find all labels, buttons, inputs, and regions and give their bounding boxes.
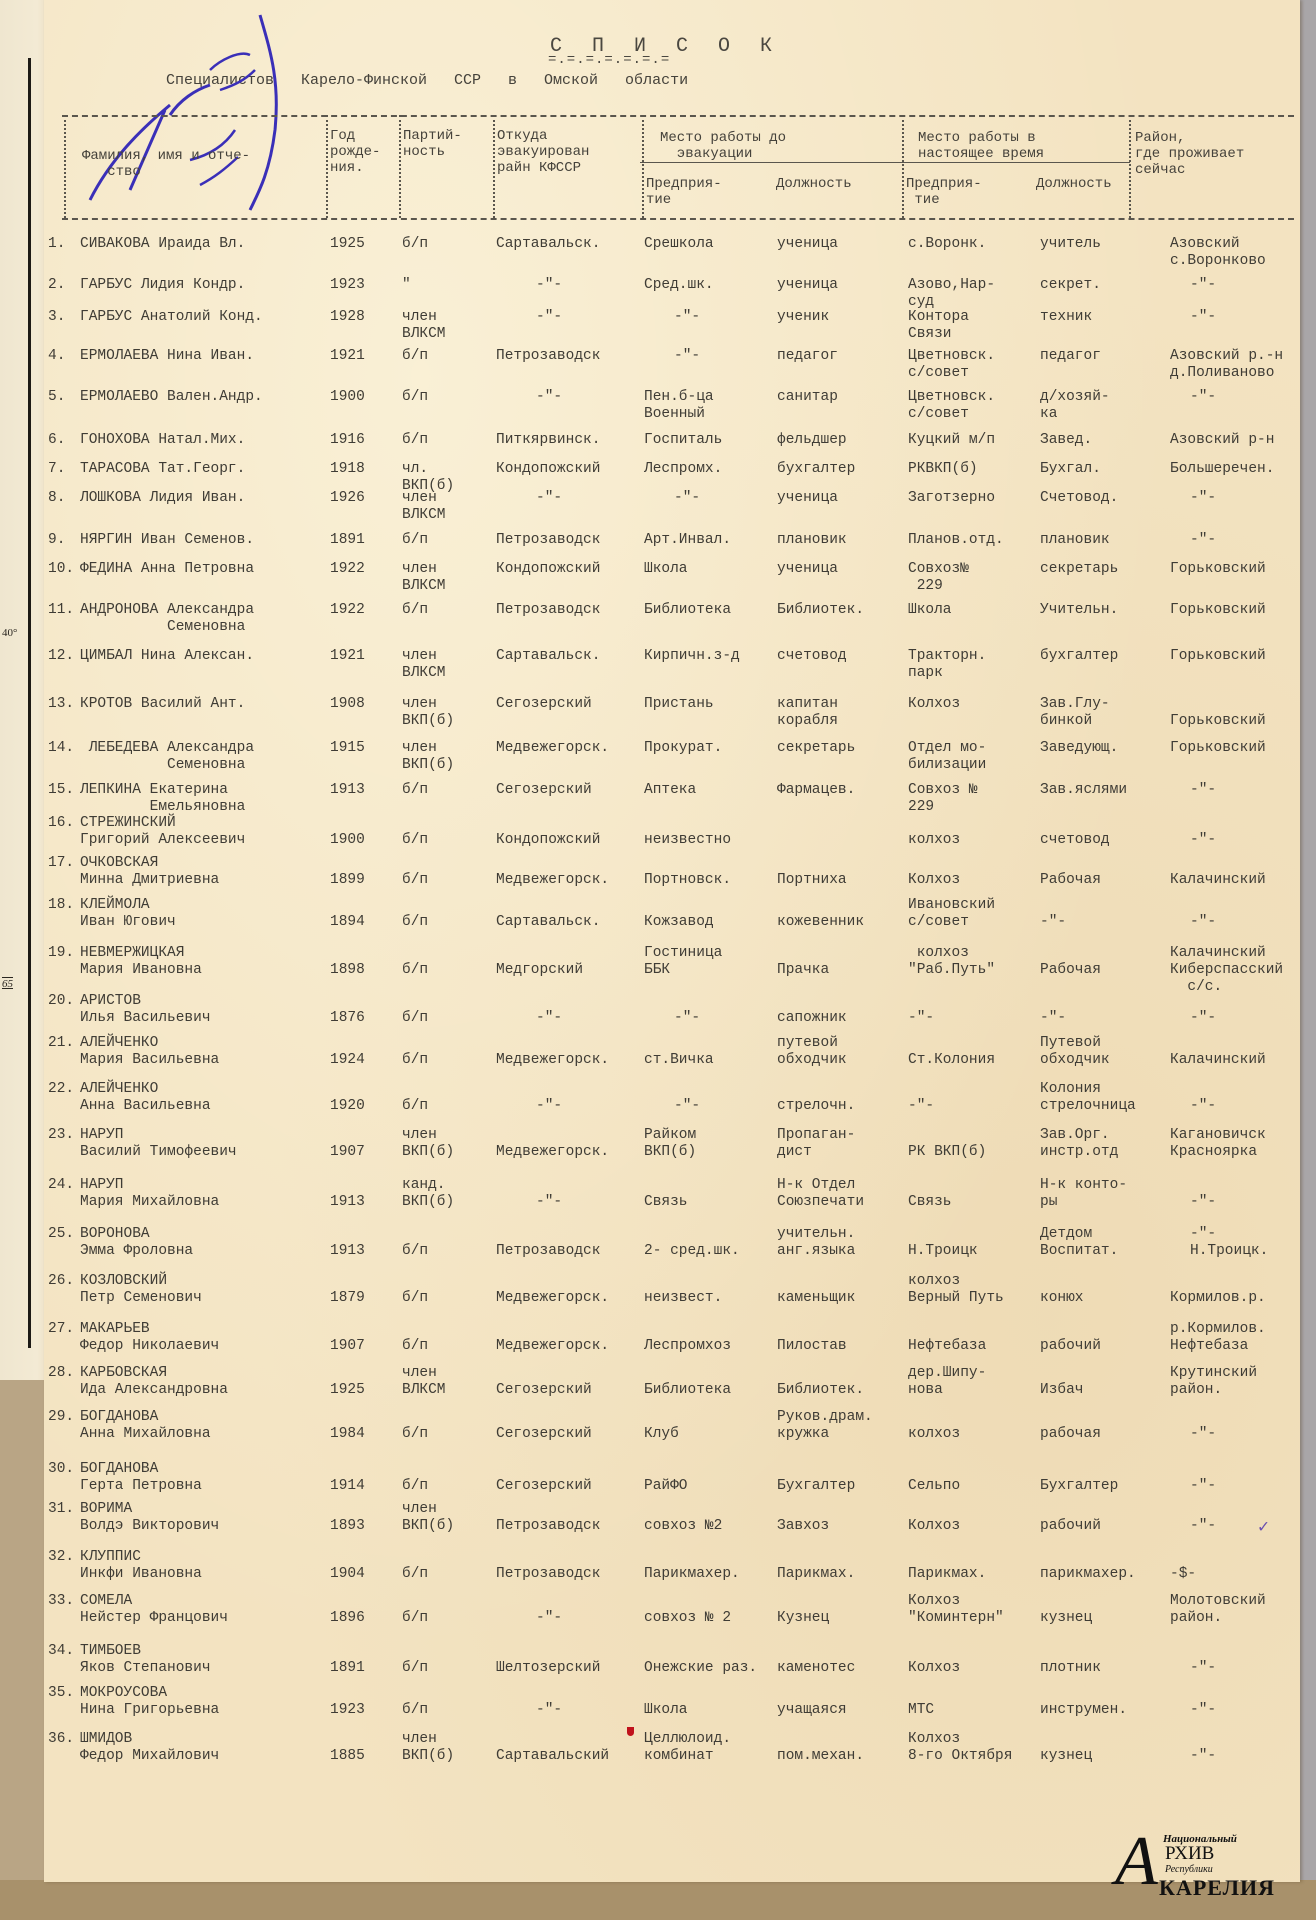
prev-position: Пилостав [777,1338,847,1355]
evacuated-from: Петрозаводск [496,348,600,365]
birth-year: 1913 [330,1194,365,1211]
current-enterprise: Тракторн. парк [908,648,986,682]
district: -"- [1190,1010,1216,1027]
row-number: 2. [48,277,65,294]
district: -"- [1190,1426,1216,1443]
district: -"- [1190,490,1216,507]
current-enterprise: РК ВКП(б) [908,1144,986,1161]
current-enterprise: Цветновск. с/совет [908,389,995,423]
row-number: 31. [48,1501,74,1518]
birth-year: 1907 [330,1338,365,1355]
person-name: ТИМБОЕВ Яков Степанович [80,1643,211,1677]
current-position: кузнец [1040,1610,1092,1627]
current-enterprise: Ивановский с/совет [908,897,995,931]
birth-year: 1921 [330,648,365,665]
prev-enterprise: Целлюлоид. комбинат [644,1731,731,1765]
birth-year: 1904 [330,1566,365,1583]
header-work-before: Место работы до эвакуации [660,130,786,162]
prev-position: Библиотек. [777,602,864,619]
evacuated-from: Сартавальск. [496,236,600,253]
birth-year: 1916 [330,432,365,449]
district: Молотовский район. [1170,1593,1266,1627]
party-membership: б/п [402,1426,428,1443]
prev-position: Н-к Отдел Союзпечати [777,1177,864,1211]
prev-enterprise: Связь [644,1194,688,1211]
district: Кормилов.р. [1170,1290,1266,1307]
evacuated-from: Медвежегорск. [496,1290,609,1307]
evacuated-from: -"- [536,1702,562,1719]
person-name: ЛЕПКИНА Екатерина Емельяновна [80,782,245,816]
evacuated-from: Сартавальский [496,1748,609,1765]
prev-enterprise: Райком ВКП(б) [644,1127,696,1161]
person-name: АЛЕЙЧЕНКО Мария Васильевна [80,1035,219,1069]
current-enterprise: Куцкий м/п [908,432,995,449]
header-top-rule [62,115,1294,117]
current-position: бухгалтер [1040,648,1118,665]
prev-position: капитан корабля [777,696,838,730]
prev-enterprise: Школа [644,561,688,578]
person-name: ГАРБУС Лидия Кондр. [80,277,245,294]
header-bottom-rule [62,218,1294,220]
prev-enterprise: Кожзавод [644,914,714,931]
prev-enterprise: Срешкола [644,236,714,253]
prev-enterprise: РайФО [644,1478,688,1495]
evacuated-from: -"- [536,389,562,406]
prev-enterprise: совхоз № 2 [644,1610,731,1627]
header-party: Партий- ность [403,128,462,160]
prev-position: Фармацев. [777,782,855,799]
evacuated-from: Медгорский [496,962,583,979]
current-position: педагог [1040,348,1101,365]
evacuated-from: -"- [536,309,562,326]
evacuated-from: Кондопожский [496,561,600,578]
prev-position: Прачка [777,962,829,979]
party-membership: член ВКП(б) [402,1127,454,1161]
current-position: рабочая [1040,1426,1101,1443]
current-position: секретарь [1040,561,1118,578]
district: -"- [1190,914,1216,931]
row-number: 5. [48,389,65,406]
person-name: ШМИДОВ Федор Михайлович [80,1731,219,1765]
birth-year: 1926 [330,490,365,507]
prev-position: каменотес [777,1660,855,1677]
prev-enterprise: -"- [674,1010,700,1027]
margin-mark: 65 [2,978,13,990]
logo-line: РХИВ [1165,1843,1214,1865]
prev-position: кожевенник [777,914,864,931]
current-enterprise: РКВКП(б) [908,461,978,478]
prev-enterprise: -"- [674,1098,700,1115]
current-enterprise: Заготзерно [908,490,995,507]
row-number: 18. [48,897,74,914]
header-evacuated-from: Откуда эвакуирован райн КФССР [497,128,589,176]
birth-year: 1891 [330,1660,365,1677]
person-name: ТАРАСОВА Тат.Георг. [80,461,245,478]
birth-year: 1921 [330,348,365,365]
prev-position: ученица [777,277,838,294]
birth-year: 1920 [330,1098,365,1115]
prev-position: ученица [777,236,838,253]
evacuated-from: Петрозаводск [496,1518,600,1535]
header-district: Район, где проживает сейчас [1135,130,1244,178]
evacuated-from: Сегозерский [496,696,592,713]
row-number: 21. [48,1035,74,1052]
district: -"- [1190,1478,1216,1495]
prev-enterprise: Госпиталь [644,432,722,449]
current-position: Учительн. [1040,602,1118,619]
person-name: СИВАКОВА Ираида Вл. [80,236,245,253]
party-membership: б/п [402,1338,428,1355]
prev-enterprise: Гостиница ББК [644,945,722,979]
person-name: СОМЕЛА Нейстер Францович [80,1593,228,1627]
current-position: Завед. [1040,432,1092,449]
person-name: КАРБОВСКАЯ Ида Александровна [80,1365,228,1399]
header-name: Фамилия, имя и отче- ство [82,148,250,180]
current-position: Рабочая [1040,962,1101,979]
row-number: 19. [48,945,74,962]
prev-enterprise: Прокурат. [644,740,722,757]
column-divider [399,115,401,218]
current-position: Зав.Глу- бинкой [1040,696,1110,730]
district: -"- [1190,277,1216,294]
title-decoration: =.=.=.=.=.=.= [548,52,670,68]
district: -$- [1170,1566,1196,1583]
header-work-now: Место работы в настоящее время [918,130,1044,162]
party-membership: б/п [402,962,428,979]
row-number: 29. [48,1409,74,1426]
row-number: 8. [48,490,65,507]
current-position: д/хозяй- ка [1040,389,1110,423]
party-membership: б/п [402,782,428,799]
row-number: 35. [48,1685,74,1702]
prev-position: путевой обходчик [777,1035,847,1069]
person-name: ВОРОНОВА Эмма Фроловна [80,1226,193,1260]
current-enterprise: Отдел мо- билизации [908,740,986,774]
prev-position: ученик [777,309,829,326]
row-number: 28. [48,1365,74,1382]
column-divider [493,115,495,218]
current-position: парикмахер. [1040,1566,1136,1583]
row-number: 3. [48,309,65,326]
prev-position: каменьщик [777,1290,855,1307]
current-position: плотник [1040,1660,1101,1677]
row-number: 10. [48,561,74,578]
current-position: конюх [1040,1290,1084,1307]
evacuated-from: -"- [536,1098,562,1115]
current-position: Зав.Орг. инстр.отд [1040,1127,1118,1161]
row-number: 24. [48,1177,74,1194]
current-enterprise: колхоз "Раб.Путь" [908,945,995,979]
party-membership: б/п [402,1010,428,1027]
row-number: 25. [48,1226,74,1243]
evacuated-from: Сегозерский [496,1426,592,1443]
row-number: 36. [48,1731,74,1748]
current-position: секрет. [1040,277,1101,294]
prev-enterprise: Пристань [644,696,714,713]
evacuated-from: Петрозаводск [496,532,600,549]
district: -"- [1190,1194,1216,1211]
header-work-before-position: Должность [776,176,852,192]
current-position: инструмен. [1040,1702,1127,1719]
red-ink-mark [627,1727,634,1736]
evacuated-from: Сегозерский [496,1382,592,1399]
current-position: счетовод [1040,832,1110,849]
prev-enterprise: Парикмахер. [644,1566,740,1583]
evacuated-from: -"- [536,1610,562,1627]
evacuated-from: Сартавальск. [496,914,600,931]
district: -"- [1190,1098,1216,1115]
row-number: 9. [48,532,65,549]
column-divider [1129,115,1131,218]
column-divider [642,115,644,218]
prev-enterprise: 2- сред.шк. [644,1243,740,1260]
column-divider [326,115,328,218]
current-enterprise: Планов.отд. [908,532,1004,549]
birth-year: 1900 [330,389,365,406]
row-number: 27. [48,1321,74,1338]
prev-enterprise: Библиотека [644,602,731,619]
birth-year: 1876 [330,1010,365,1027]
district: -"- [1190,389,1216,406]
logo-letter: А [1115,1827,1158,1897]
evacuated-from: -"- [536,490,562,507]
party-membership: член ВКП(б) [402,696,454,730]
person-name: НАРУП Мария Михайловна [80,1177,219,1211]
current-enterprise: Н.Троицк [908,1243,978,1260]
prev-enterprise: Школа [644,1702,688,1719]
birth-year: 1915 [330,740,365,757]
row-number: 16. [48,815,74,832]
person-name: НЯРГИН Иван Семенов. [80,532,254,549]
evacuated-from: -"- [536,277,562,294]
current-enterprise: Колхоз [908,1518,960,1535]
person-name: ФЕДИНА Анна Петровна [80,561,254,578]
prev-enterprise: -"- [674,348,700,365]
party-membership: б/п [402,1610,428,1627]
prev-position: учащаяся [777,1702,847,1719]
person-name: КЛЕЙМОЛА Иван Югович [80,897,176,931]
party-membership: б/п [402,389,428,406]
party-membership: канд. ВКП(б) [402,1177,454,1211]
person-name: ОЧКОВСКАЯ Минна Дмитриевна [80,855,219,889]
party-membership: член ВКП(б) [402,1501,454,1535]
party-membership: б/п [402,1702,428,1719]
evacuated-from: Петрозаводск [496,1243,600,1260]
prev-position: Завхоз [777,1518,829,1535]
person-name: ГАРБУС Анатолий Конд. [80,309,263,326]
district: Калачинский Киберспасский с/с. [1170,945,1283,996]
prev-position: сапожник [777,1010,847,1027]
current-enterprise: Колхоз [908,696,960,713]
party-membership: б/п [402,1660,428,1677]
current-position: Колония стрелочница [1040,1081,1136,1115]
person-name: АРИСТОВ Илья Васильевич [80,993,211,1027]
evacuated-from: -"- [536,1194,562,1211]
evacuated-from: Медвежегорск. [496,1338,609,1355]
current-enterprise: Колхоз 8-го Октября [908,1731,1012,1765]
party-membership: б/п [402,832,428,849]
evacuated-from: Кондопожский [496,461,600,478]
party-membership: б/п [402,432,428,449]
person-name: ЛОШКОВА Лидия Иван. [80,490,245,507]
current-position: Зав.яслями [1040,782,1127,799]
row-number: 14. [48,740,74,757]
birth-year: 1984 [330,1426,365,1443]
prev-position: Парикмах. [777,1566,855,1583]
current-enterprise: МТС [908,1702,934,1719]
evacuated-from: Петрозаводск [496,1566,600,1583]
birth-year: 1922 [330,602,365,619]
prev-position: Кузнец [777,1610,829,1627]
current-enterprise: Нефтебаза [908,1338,986,1355]
row-number: 13. [48,696,74,713]
district: -"- Н.Троицк. [1190,1226,1268,1260]
evacuated-from: Медвежегорск. [496,740,609,757]
birth-year: 1894 [330,914,365,931]
prev-enterprise: Сред.шк. [644,277,714,294]
district: -"- [1190,782,1216,799]
party-membership: б/п [402,602,428,619]
prev-position: ученица [777,561,838,578]
row-number: 26. [48,1273,74,1290]
current-position: -"- [1040,1010,1066,1027]
district: Крутинский район. [1170,1365,1257,1399]
district: -"- [1190,1748,1216,1765]
header-birth-year: Год рожде- ния. [330,128,380,176]
prev-position: бухгалтер [777,461,855,478]
prev-position: Пропаган- дист [777,1127,855,1161]
current-position: плановик [1040,532,1110,549]
current-position: Бухгалтер [1040,1478,1118,1495]
person-name: ВОРИМА Волдэ Викторович [80,1501,219,1535]
current-enterprise: колхоз Верный Путь [908,1273,1004,1307]
current-enterprise: Цветновск. с/совет [908,348,995,382]
party-membership: б/п [402,1098,428,1115]
birth-year: 1925 [330,236,365,253]
birth-year: 1928 [330,309,365,326]
prev-enterprise: совхоз №2 [644,1518,722,1535]
current-enterprise: Колхоз [908,1660,960,1677]
prev-enterprise: Онежские раз. [644,1660,757,1677]
current-position: учитель [1040,236,1101,253]
district: Горьковский [1170,648,1266,665]
check-mark-icon: ✓ [1258,1516,1269,1538]
prev-position: Бухгалтер [777,1478,855,1495]
district: Азовский р-н [1170,432,1274,449]
prev-enterprise: Библиотека [644,1382,731,1399]
party-membership: член ВЛКСМ [402,309,446,343]
birth-year: 1923 [330,277,365,294]
district: -"- [1190,1702,1216,1719]
current-enterprise: Парикмах. [908,1566,986,1583]
party-membership: б/п [402,348,428,365]
evacuated-from: Петрозаводск [496,602,600,619]
header-work-before-enterprise: Предприя- тие [646,176,722,208]
prev-position: санитар [777,389,838,406]
prev-position: счетовод [777,648,847,665]
row-number: 17. [48,855,74,872]
party-membership: " [402,277,411,294]
prev-position: Руков.драм. кружка [777,1409,873,1443]
evacuated-from: Медвежегорск. [496,1052,609,1069]
party-membership: б/п [402,1566,428,1583]
district: -"- [1190,1518,1216,1535]
prev-enterprise: Леспромх. [644,461,722,478]
current-enterprise: Азово,Нар- суд [908,277,995,311]
person-name: АЛЕЙЧЕНКО Анна Васильевна [80,1081,211,1115]
birth-year: 1885 [330,1748,365,1765]
current-enterprise: Совхоз№ 229 [908,561,969,595]
birth-year: 1900 [330,832,365,849]
current-position: рабочий [1040,1338,1101,1355]
district: Калачинский [1170,1052,1266,1069]
current-position: техник [1040,309,1092,326]
current-position: Заведующ. [1040,740,1118,757]
prev-position: пом.механ. [777,1748,864,1765]
person-name: СТРЕЖИНСКИЙ Григорий Алексеевич [80,815,245,849]
prev-enterprise: Аптека [644,782,696,799]
row-number: 6. [48,432,65,449]
person-name: КОЗЛОВСКИЙ Петр Семенович [80,1273,202,1307]
column-divider [64,115,66,218]
current-position: Н-к конто- ры [1040,1177,1127,1211]
evacuated-from: Сегозерский [496,782,592,799]
logo-line: Республики [1165,1864,1213,1875]
column-divider [902,115,904,218]
person-name: ЛЕБЕДЕВА Александра Семеновна [80,740,254,774]
birth-year: 1893 [330,1518,365,1535]
district: Горьковский [1170,602,1266,619]
row-number: 11. [48,602,74,619]
row-number: 32. [48,1549,74,1566]
prev-position: фельдшер [777,432,847,449]
birth-year: 1913 [330,782,365,799]
district: -"- [1190,1660,1216,1677]
prev-enterprise: неизвест. [644,1290,722,1307]
evacuated-from: Сегозерский [496,1478,592,1495]
prev-enterprise: Пен.б-ца Военный [644,389,714,423]
evacuated-from: Кондопожский [496,832,600,849]
row-number: 12. [48,648,74,665]
party-membership: член ВЛКСМ [402,648,446,682]
party-membership: член ВЛКСМ [402,490,446,524]
person-name: МАКАРЬЕВ Федор Николаевич [80,1321,219,1355]
district: р.Кормилов. Нефтебаза [1170,1321,1266,1355]
prev-position: ученица [777,490,838,507]
evacuated-from: Медвежегорск. [496,1144,609,1161]
current-enterprise: Сельпо [908,1478,960,1495]
birth-year: 1907 [330,1144,365,1161]
party-membership: б/п [402,532,428,549]
current-enterprise: Совхоз № 229 [908,782,978,816]
current-position: Бухгал. [1040,461,1101,478]
birth-year: 1923 [330,1702,365,1719]
prev-position: плановик [777,532,847,549]
current-position: Избач [1040,1382,1084,1399]
party-membership: б/п [402,236,428,253]
birth-year: 1879 [330,1290,365,1307]
current-enterprise: Ст.Колония [908,1052,995,1069]
prev-enterprise: Леспромхоз [644,1338,731,1355]
prev-enterprise: Клуб [644,1426,679,1443]
prev-enterprise: Портновск. [644,872,731,889]
header-work-now-position: Должность [1036,176,1112,192]
evacuated-from: Шелтозерский [496,1660,600,1677]
party-membership: б/п [402,1052,428,1069]
current-position: Рабочая [1040,872,1101,889]
prev-enterprise: Кирпичн.з-д [644,648,740,665]
party-membership: член ВЛКСМ [402,1365,446,1399]
